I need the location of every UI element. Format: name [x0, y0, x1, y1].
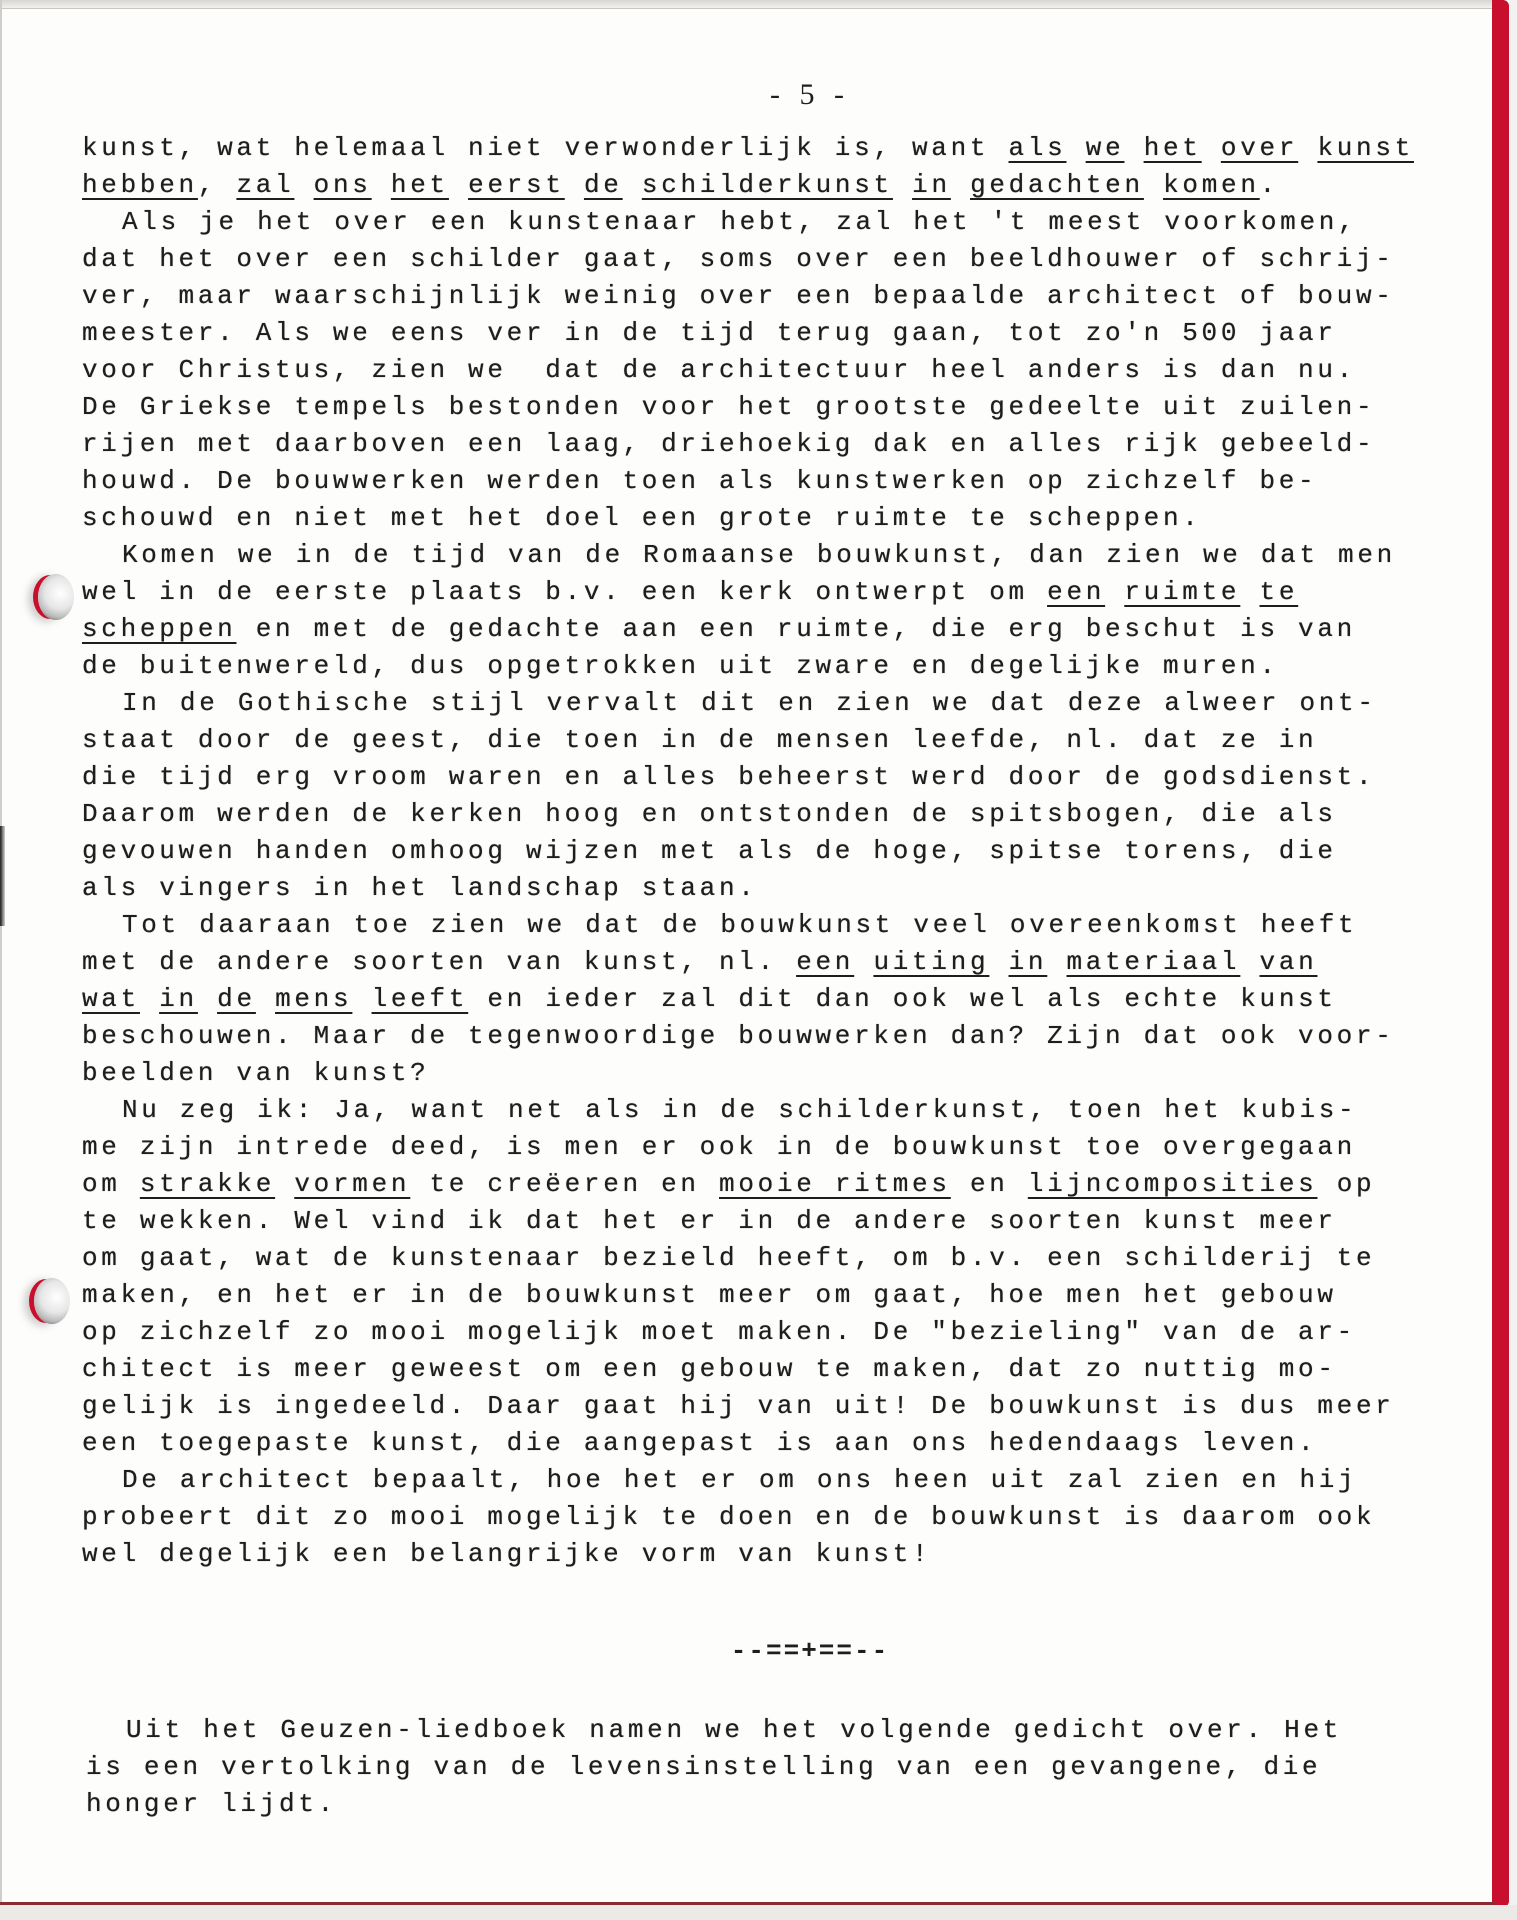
text-line: rijen met daarboven een laag, driehoekig… [82, 426, 1502, 463]
text-segment: is een vertolking van de levensinstellin… [86, 1752, 1321, 1782]
text-segment [140, 984, 159, 1014]
text-segment: probeert dit zo mooi mogelijk te doen en… [82, 1502, 1375, 1532]
text-line: is een vertolking van de levensinstellin… [86, 1749, 1486, 1786]
text-line: wel in de eerste plaats b.v. een kerk on… [82, 574, 1502, 611]
text-segment [1202, 133, 1221, 163]
underlined-phrase: kunst [1317, 133, 1414, 163]
text-segment [1298, 133, 1317, 163]
text-segment: Komen we in de tijd van de Romaanse bouw… [122, 540, 1396, 570]
text-segment [198, 984, 217, 1014]
text-line: De Griekse tempels bestonden voor het gr… [82, 389, 1502, 426]
text-line: dat het over een schilder gaat, soms ove… [82, 241, 1502, 278]
text-segment: honger lijdt. [86, 1789, 337, 1819]
text-line: De architect bepaalt, hoe het er om ons … [82, 1462, 1502, 1499]
underlined-phrase: een [1047, 577, 1105, 607]
text-line: Uit het Geuzen-liedboek namen we het vol… [86, 1712, 1486, 1749]
text-segment [1240, 947, 1259, 977]
text-line: op zichzelf zo mooi mogelijk moet maken.… [82, 1314, 1502, 1351]
text-segment: beschouwen. Maar de tegenwoordige bouwwe… [82, 1021, 1395, 1051]
text-segment [1066, 133, 1085, 163]
text-line: voor Christus, zien we dat de architectu… [82, 352, 1502, 389]
text-segment: maken, en het er in de bouwkunst meer om… [82, 1280, 1337, 1310]
underlined-phrase: mooie ritmes [719, 1169, 951, 1199]
text-line: honger lijdt. [86, 1786, 1486, 1823]
underlined-phrase: eerst [468, 170, 565, 200]
underlined-phrase: vormen [294, 1169, 410, 1199]
text-segment: de buitenwereld, dus opgetrokken uit zwa… [82, 651, 1279, 681]
underlined-phrase: de [217, 984, 256, 1014]
text-segment: op zichzelf zo mooi mogelijk moet maken.… [82, 1317, 1356, 1347]
text-segment: beelden van kunst? [82, 1058, 429, 1088]
text-line: Als je het over een kunstenaar hebt, zal… [82, 204, 1502, 241]
text-segment: Uit het Geuzen-liedboek namen we het vol… [126, 1715, 1342, 1745]
text-segment: meester. Als we eens ver in de tijd teru… [82, 318, 1337, 348]
text-line: hebben, zal ons het eerst de schilderkun… [82, 167, 1502, 204]
underlined-phrase: van [1260, 947, 1318, 977]
poem-introduction: Uit het Geuzen-liedboek namen we het vol… [86, 1712, 1486, 1823]
text-segment: en ieder zal dit dan ook wel als echte k… [468, 984, 1337, 1014]
text-segment [256, 984, 275, 1014]
underlined-phrase: als [1009, 133, 1067, 163]
underlined-phrase: over [1221, 133, 1298, 163]
underlined-phrase: het [391, 170, 449, 200]
text-line: gelijk is ingedeeld. Daar gaat hij van u… [82, 1388, 1502, 1425]
text-segment: chitect is meer geweest om een gebouw te… [82, 1354, 1337, 1384]
underlined-phrase: komen [1163, 170, 1260, 200]
text-segment [893, 170, 912, 200]
text-line: In de Gothische stijl vervalt dit en zie… [82, 685, 1502, 722]
text-line: een toegepaste kunst, die aangepast is a… [82, 1425, 1502, 1462]
text-segment [352, 984, 371, 1014]
underlined-phrase: een [796, 947, 854, 977]
underlined-phrase: scheppen [82, 614, 236, 644]
text-segment: gelijk is ingedeeld. Daar gaat hij van u… [82, 1391, 1395, 1421]
text-segment [275, 1169, 294, 1199]
text-segment: staat door de geest, die toen in de mens… [82, 725, 1317, 755]
text-segment: Daarom werden de kerken hoog en ontstond… [82, 799, 1337, 829]
text-line: kunst, wat helemaal niet verwonderlijk i… [82, 130, 1502, 167]
text-segment: om gaat, wat de kunstenaar bezield heeft… [82, 1243, 1375, 1273]
text-line: me zijn intrede deed, is men er ook in d… [82, 1129, 1502, 1166]
punch-hole-icon [34, 1278, 70, 1324]
text-line: beelden van kunst? [82, 1055, 1502, 1092]
underlined-phrase: te [1260, 577, 1299, 607]
underlined-phrase: wat [82, 984, 140, 1014]
text-line: de buitenwereld, dus opgetrokken uit zwa… [82, 648, 1502, 685]
text-line: om gaat, wat de kunstenaar bezield heeft… [82, 1240, 1502, 1277]
text-segment: wel in de eerste plaats b.v. een kerk on… [82, 577, 1047, 607]
text-segment: . [1260, 170, 1279, 200]
text-line: probeert dit zo mooi mogelijk te doen en… [82, 1499, 1502, 1536]
underlined-phrase: in [912, 170, 951, 200]
text-segment: dat het over een schilder gaat, soms ove… [82, 244, 1395, 274]
text-line: Daarom werden de kerken hoog en ontstond… [82, 796, 1502, 833]
text-segment: te creëeren en [410, 1169, 719, 1199]
text-line: Tot daaraan toe zien we dat de bouwkunst… [82, 907, 1502, 944]
text-segment: De Griekse tempels bestonden voor het gr… [82, 392, 1375, 422]
text-segment: ver, maar waarschijnlijk weinig over een… [82, 281, 1395, 311]
text-segment [565, 170, 584, 200]
text-line: om strakke vormen te creëeren en mooie r… [82, 1166, 1502, 1203]
article-body: kunst, wat helemaal niet verwonderlijk i… [82, 130, 1502, 1573]
text-segment: kunst, wat helemaal niet verwonderlijk i… [82, 133, 1009, 163]
underlined-phrase: in [1009, 947, 1048, 977]
text-segment [1047, 947, 1066, 977]
underlined-phrase: ons [314, 170, 372, 200]
text-segment [372, 170, 391, 200]
text-line: als vingers in het landschap staan. [82, 870, 1502, 907]
text-segment: met de andere soorten van kunst, nl. [82, 947, 796, 977]
background-edge [1509, 0, 1517, 1920]
text-segment: en [951, 1169, 1028, 1199]
text-line: beschouwen. Maar de tegenwoordige bouwwe… [82, 1018, 1502, 1055]
underlined-phrase: in [159, 984, 198, 1014]
text-segment: gevouwen handen omhoog wijzen met als de… [82, 836, 1337, 866]
underlined-phrase: materiaal [1067, 947, 1241, 977]
text-line: met de andere soorten van kunst, nl. een… [82, 944, 1502, 981]
punch-hole-icon [38, 574, 74, 620]
text-line: die tijd erg vroom waren en alles beheer… [82, 759, 1502, 796]
text-segment [1105, 577, 1124, 607]
text-segment [623, 170, 642, 200]
text-segment: In de Gothische stijl vervalt dit en zie… [122, 688, 1377, 718]
text-line: te wekken. Wel vind ik dat het er in de … [82, 1203, 1502, 1240]
text-segment: op [1317, 1169, 1375, 1199]
page-left-edge [0, 0, 2, 1902]
underlined-phrase: schilderkunst [642, 170, 893, 200]
binder-smudge [0, 826, 5, 926]
text-line: wat in de mens leeft en ieder zal dit da… [82, 981, 1502, 1018]
text-segment: te wekken. Wel vind ik dat het er in de … [82, 1206, 1337, 1236]
text-segment: houwd. De bouwwerken werden toen als kun… [82, 466, 1317, 496]
text-segment: rijen met daarboven een laag, driehoekig… [82, 429, 1375, 459]
text-segment: om [82, 1169, 140, 1199]
text-segment: een toegepaste kunst, die aangepast is a… [82, 1428, 1317, 1458]
text-line: scheppen en met de gedachte aan een ruim… [82, 611, 1502, 648]
underlined-phrase: ruimte [1124, 577, 1240, 607]
text-segment [294, 170, 313, 200]
text-line: maken, en het er in de bouwkunst meer om… [82, 1277, 1502, 1314]
underlined-phrase: strakke [140, 1169, 275, 1199]
underlined-phrase: hebben [82, 170, 198, 200]
underlined-phrase: het [1144, 133, 1202, 163]
text-line: gevouwen handen omhoog wijzen met als de… [82, 833, 1502, 870]
underlined-phrase: gedachten [970, 170, 1144, 200]
text-line: ver, maar waarschijnlijk weinig over een… [82, 278, 1502, 315]
text-segment [989, 947, 1008, 977]
text-line: Nu zeg ik: Ja, want net als in de schild… [82, 1092, 1502, 1129]
background-edge-bottom [0, 1905, 1517, 1920]
text-segment: Nu zeg ik: Ja, want net als in de schild… [122, 1095, 1357, 1125]
section-separator: --==+==-- [0, 1636, 1517, 1666]
text-line: wel degelijk een belangrijke vorm van ku… [82, 1536, 1502, 1573]
underlined-phrase: leeft [372, 984, 469, 1014]
text-line: Komen we in de tijd van de Romaanse bouw… [82, 537, 1502, 574]
text-segment: , [198, 170, 237, 200]
text-segment: en met de gedachte aan een ruimte, die e… [236, 614, 1356, 644]
text-line: chitect is meer geweest om een gebouw te… [82, 1351, 1502, 1388]
text-segment [951, 170, 970, 200]
text-segment: schouwd en niet met het doel een grote r… [82, 503, 1202, 533]
underlined-phrase: mens [275, 984, 352, 1014]
text-segment: als vingers in het landschap staan. [82, 873, 758, 903]
text-segment [1240, 577, 1259, 607]
text-segment: De architect bepaalt, hoe het er om ons … [122, 1465, 1357, 1495]
text-segment [854, 947, 873, 977]
text-segment [449, 170, 468, 200]
underlined-phrase: uiting [873, 947, 989, 977]
text-line: houwd. De bouwwerken werden toen als kun… [82, 463, 1502, 500]
underlined-phrase: lijncomposities [1028, 1169, 1318, 1199]
text-line: staat door de geest, die toen in de mens… [82, 722, 1502, 759]
page-top-edge [0, 0, 1500, 9]
text-segment: wel degelijk een belangrijke vorm van ku… [82, 1539, 931, 1569]
text-segment: me zijn intrede deed, is men er ook in d… [82, 1132, 1356, 1162]
text-segment: die tijd erg vroom waren en alles beheer… [82, 762, 1375, 792]
text-segment: Tot daaraan toe zien we dat de bouwkunst… [122, 910, 1357, 940]
text-line: schouwd en niet met het doel een grote r… [82, 500, 1502, 537]
text-segment [1124, 133, 1143, 163]
page-bottom-edge [0, 1902, 1495, 1905]
page-number: - 5 - [0, 78, 1517, 112]
underlined-phrase: de [584, 170, 623, 200]
text-segment: Als je het over een kunstenaar hebt, zal… [122, 207, 1357, 237]
underlined-phrase: we [1086, 133, 1125, 163]
underlined-phrase: zal [236, 170, 294, 200]
text-line: meester. Als we eens ver in de tijd teru… [82, 315, 1502, 352]
text-segment: voor Christus, zien we dat de architectu… [82, 355, 1356, 385]
text-segment [1144, 170, 1163, 200]
